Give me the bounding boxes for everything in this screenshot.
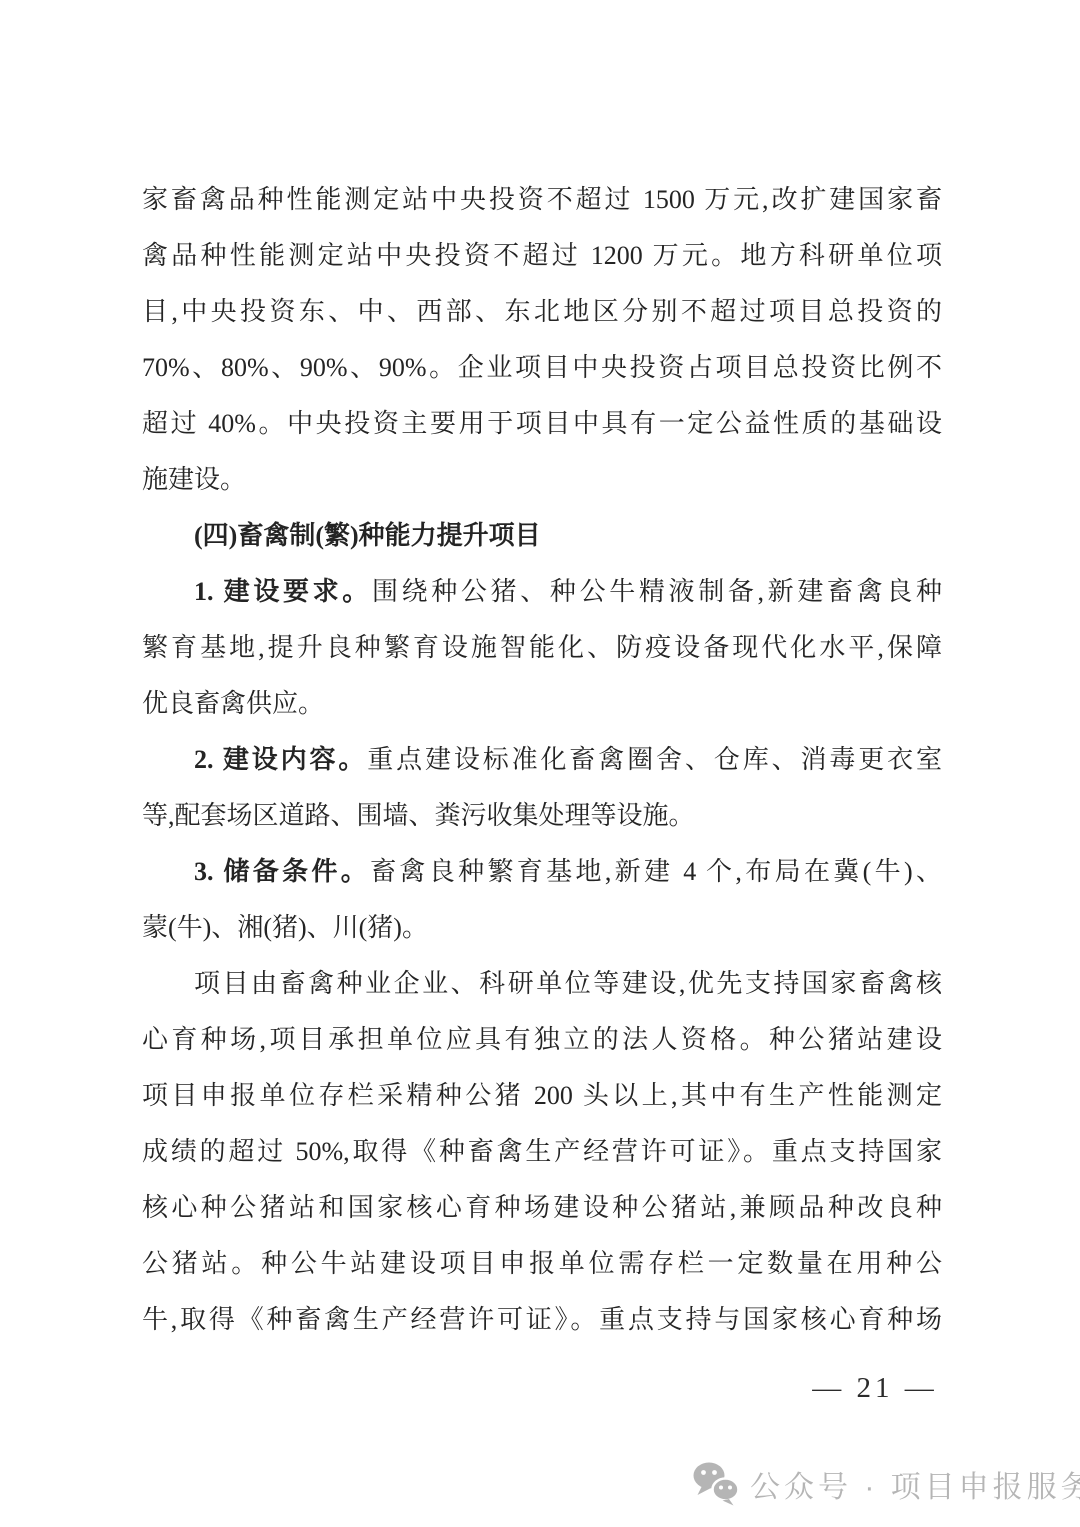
text-run: 围绕种公猪、种公牛精液制备,新建畜禽良种	[372, 577, 942, 606]
text-run: 畜禽良种繁育基地,新建 4 个,布局在冀(牛)、	[370, 857, 942, 886]
page-number: — 21 —	[800, 1368, 950, 1408]
text-run: 蒙(牛)、湘(猪)、川(猪)。	[142, 913, 428, 942]
text-run: 重点建设标准化畜禽圈舍、仓库、消毒更衣室	[367, 745, 942, 774]
text-line: 1. 建设要求。围绕种公猪、种公牛精液制备,新建畜禽良种	[142, 564, 942, 620]
text-run: 超过 40%。中央投资主要用于项目中具有一定公益性质的基础设	[142, 409, 942, 438]
wechat-icon	[692, 1461, 740, 1507]
text-run-bold: 1. 建设要求。	[194, 577, 372, 606]
text-line: 蒙(牛)、湘(猪)、川(猪)。	[142, 900, 942, 956]
text-run: 优良畜禽供应。	[142, 689, 324, 718]
text-line: 优良畜禽供应。	[142, 676, 942, 732]
text-line: 项目申报单位存栏采精种公猪 200 头以上,其中有生产性能测定	[142, 1068, 942, 1124]
watermark-footer: 公众号 · 项目申报服务	[692, 1458, 1080, 1510]
text-line: 等,配套场区道路、围墙、粪污收集处理等设施。	[142, 788, 942, 844]
text-run: 等,配套场区道路、围墙、粪污收集处理等设施。	[142, 801, 695, 830]
text-run: 心育种场,项目承担单位应具有独立的法人资格。种公猪站建设	[142, 1025, 942, 1054]
text-line: 心育种场,项目承担单位应具有独立的法人资格。种公猪站建设	[142, 1012, 942, 1068]
text-run-bold: 2. 建设内容。	[194, 745, 367, 774]
text-line: 核心种公猪站和国家核心育种场建设种公猪站,兼顾品种改良种	[142, 1180, 942, 1236]
text-line: 公猪站。种公牛站建设项目申报单位需存栏一定数量在用种公	[142, 1236, 942, 1292]
text-run: 项目由畜禽种业企业、科研单位等建设,优先支持国家畜禽核	[194, 969, 942, 998]
text-line: 禽品种性能测定站中央投资不超过 1200 万元。地方科研单位项	[142, 228, 942, 284]
text-line: 项目由畜禽种业企业、科研单位等建设,优先支持国家畜禽核	[142, 956, 942, 1012]
text-run: 核心种公猪站和国家核心育种场建设种公猪站,兼顾品种改良种	[142, 1193, 942, 1222]
text-line: 3. 储备条件。畜禽良种繁育基地,新建 4 个,布局在冀(牛)、	[142, 844, 942, 900]
text-run: 70%、80%、90%、90%。企业项目中央投资占项目总投资比例不	[142, 353, 942, 382]
text-run-bold: (四)畜禽制(繁)种能力提升项目	[194, 521, 541, 550]
text-run: 目,中央投资东、中、西部、东北地区分别不超过项目总投资的	[142, 297, 942, 326]
text-run: 繁育基地,提升良种繁育设施智能化、防疫设备现代化水平,保障	[142, 633, 942, 662]
text-run: 家畜禽品种性能测定站中央投资不超过 1500 万元,改扩建国家畜	[142, 185, 942, 214]
text-line: 成绩的超过 50%,取得《种畜禽生产经营许可证》。重点支持国家	[142, 1124, 942, 1180]
text-line: 目,中央投资东、中、西部、东北地区分别不超过项目总投资的	[142, 284, 942, 340]
text-line: 施建设。	[142, 452, 942, 508]
text-run: 施建设。	[142, 465, 246, 494]
text-run: 牛,取得《种畜禽生产经营许可证》。重点支持与国家核心育种场	[142, 1305, 942, 1334]
text-line: 超过 40%。中央投资主要用于项目中具有一定公益性质的基础设	[142, 396, 942, 452]
text-line: 繁育基地,提升良种繁育设施智能化、防疫设备现代化水平,保障	[142, 620, 942, 676]
text-run: 禽品种性能测定站中央投资不超过 1200 万元。地方科研单位项	[142, 241, 942, 270]
text-run: 公猪站。种公牛站建设项目申报单位需存栏一定数量在用种公	[142, 1249, 942, 1278]
document-lines: 家畜禽品种性能测定站中央投资不超过 1500 万元,改扩建国家畜禽品种性能测定站…	[142, 172, 942, 1348]
text-line: 70%、80%、90%、90%。企业项目中央投资占项目总投资比例不	[142, 340, 942, 396]
text-run-bold: 3. 储备条件。	[194, 857, 370, 886]
text-line: 家畜禽品种性能测定站中央投资不超过 1500 万元,改扩建国家畜	[142, 172, 942, 228]
watermark-text: 公众号 · 项目申报服务	[750, 1462, 1080, 1506]
text-line: (四)畜禽制(繁)种能力提升项目	[142, 508, 942, 564]
text-run: 成绩的超过 50%,取得《种畜禽生产经营许可证》。重点支持国家	[142, 1137, 942, 1166]
text-run: 项目申报单位存栏采精种公猪 200 头以上,其中有生产性能测定	[142, 1081, 942, 1110]
text-line: 牛,取得《种畜禽生产经营许可证》。重点支持与国家核心育种场	[142, 1292, 942, 1348]
text-line: 2. 建设内容。重点建设标准化畜禽圈舍、仓库、消毒更衣室	[142, 732, 942, 788]
document-page: 家畜禽品种性能测定站中央投资不超过 1500 万元,改扩建国家畜禽品种性能测定站…	[0, 0, 1080, 1527]
